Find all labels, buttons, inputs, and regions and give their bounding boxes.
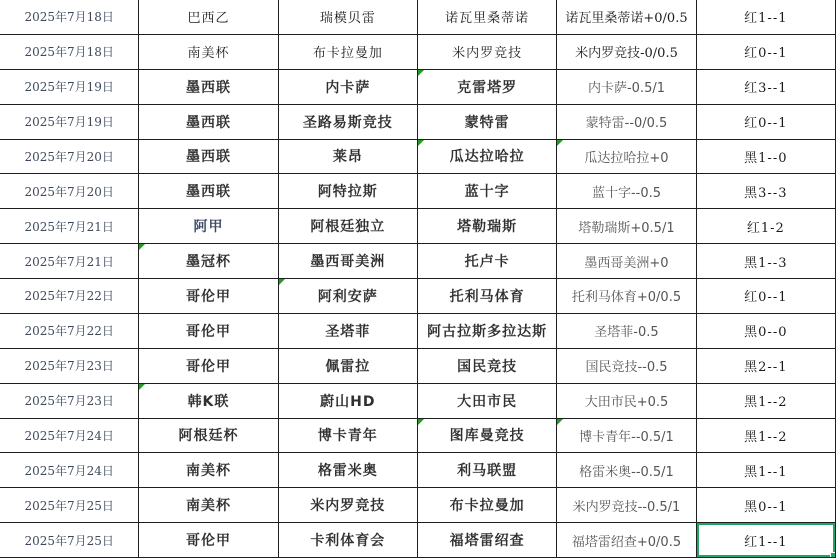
cell-result[interactable]: 红0--1: [697, 35, 836, 70]
cell-handicap[interactable]: 格雷米奥--0.5/1: [557, 453, 696, 488]
cell-home-team[interactable]: 米内罗竞技: [279, 488, 418, 523]
cell-away-team[interactable]: 瓜达拉哈拉: [418, 140, 557, 175]
cell-handicap[interactable]: 蓝十字--0.5: [557, 174, 696, 209]
cell-handicap[interactable]: 蒙特雷--0/0.5: [557, 105, 696, 140]
table-row: 2025年7月22日 哥伦甲 阿利安萨 托利马体育 托利马体育+0/0.5 红0…: [0, 279, 836, 314]
cell-result[interactable]: 红3--1: [697, 70, 836, 105]
error-indicator-icon: [418, 419, 424, 425]
cell-handicap[interactable]: 米内罗竞技--0.5/1: [557, 488, 696, 523]
fill-handle[interactable]: [830, 552, 836, 558]
cell-home-team[interactable]: 墨西哥美洲: [279, 244, 418, 279]
cell-handicap[interactable]: 托利马体育+0/0.5: [557, 279, 696, 314]
cell-result[interactable]: 黑0--0: [697, 314, 836, 349]
cell-league[interactable]: 阿根廷杯: [139, 419, 278, 454]
cell-away-team[interactable]: 图库曼竞技: [418, 419, 557, 454]
error-indicator-icon: [418, 70, 424, 76]
table-row: 2025年7月21日 墨冠杯 墨西哥美洲 托卢卡 墨西哥美洲+0 黑1--3: [0, 244, 836, 279]
table-row: 2025年7月18日 南美杯 布卡拉曼加 米内罗竞技 米内罗竞技-0/0.5 红…: [0, 35, 836, 70]
cell-date[interactable]: 2025年7月18日: [0, 35, 139, 70]
cell-home-team[interactable]: 蔚山HD: [279, 384, 418, 419]
cell-handicap[interactable]: 圣塔菲-0.5: [557, 314, 696, 349]
cell-home-team[interactable]: 格雷米奥: [279, 453, 418, 488]
table-row: 2025年7月24日 南美杯 格雷米奥 利马联盟 格雷米奥--0.5/1 黑1-…: [0, 453, 836, 488]
cell-handicap[interactable]: 米内罗竞技-0/0.5: [557, 35, 696, 70]
error-indicator-icon: [139, 384, 145, 390]
cell-handicap[interactable]: 诺瓦里桑蒂诺+0/0.5: [557, 0, 696, 35]
cell-result[interactable]: 黑1--3: [697, 244, 836, 279]
cell-date[interactable]: 2025年7月21日: [0, 209, 139, 244]
cell-home-team[interactable]: 阿利安萨: [279, 279, 418, 314]
cell-league[interactable]: 哥伦甲: [139, 523, 278, 558]
cell-away-team[interactable]: 诺瓦里桑蒂诺: [418, 0, 557, 35]
cell-handicap[interactable]: 墨西哥美洲+0: [557, 244, 696, 279]
cell-date[interactable]: 2025年7月19日: [0, 105, 139, 140]
error-indicator-icon: [418, 140, 424, 146]
table-row: 2025年7月21日 阿甲 阿根廷独立 塔勒瑞斯 塔勒瑞斯+0.5/1 红1-2: [0, 209, 836, 244]
cell-away-team[interactable]: 托利马体育: [418, 279, 557, 314]
cell-home-team[interactable]: 布卡拉曼加: [279, 35, 418, 70]
error-indicator-icon: [557, 140, 563, 146]
cell-date[interactable]: 2025年7月20日: [0, 140, 139, 175]
table-row: 2025年7月23日 韩K联 蔚山HD 大田市民 大田市民+0.5 黑1--2: [0, 384, 836, 419]
table-row: 2025年7月19日 墨西联 内卡萨 克雷塔罗 内卡萨-0.5/1 红3--1: [0, 70, 836, 105]
cell-league[interactable]: 墨西联: [139, 70, 278, 105]
table-row: 2025年7月20日 墨西联 莱昂 瓜达拉哈拉 瓜达拉哈拉+0 黑1--0: [0, 140, 836, 175]
cell-date[interactable]: 2025年7月23日: [0, 384, 139, 419]
cell-date[interactable]: 2025年7月22日: [0, 314, 139, 349]
cell-result[interactable]: 黑1--0: [697, 140, 836, 175]
cell-home-team[interactable]: 圣塔菲: [279, 314, 418, 349]
cell-handicap[interactable]: 塔勒瑞斯+0.5/1: [557, 209, 696, 244]
cell-home-team[interactable]: 瑞模贝雷: [279, 0, 418, 35]
cell-home-team[interactable]: 卡利体育会: [279, 523, 418, 558]
cell-handicap[interactable]: 国民竞技--0.5: [557, 349, 696, 384]
cell-date[interactable]: 2025年7月24日: [0, 419, 139, 454]
cell-league[interactable]: 哥伦甲: [139, 279, 278, 314]
cell-handicap[interactable]: 福塔雷绍查+0/0.5: [557, 523, 696, 558]
cell-league[interactable]: 墨西联: [139, 140, 278, 175]
cell-result[interactable]: 红0--1: [697, 279, 836, 314]
cell-home-team[interactable]: 博卡青年: [279, 419, 418, 454]
cell-date[interactable]: 2025年7月25日: [0, 488, 139, 523]
cell-date[interactable]: 2025年7月19日: [0, 70, 139, 105]
cell-league[interactable]: 墨冠杯: [139, 244, 278, 279]
table-row: 2025年7月23日 哥伦甲 佩雷拉 国民竞技 国民竞技--0.5 黑2--1: [0, 349, 836, 384]
cell-away-team[interactable]: 福塔雷绍查: [418, 523, 557, 558]
cell-away-team[interactable]: 米内罗竞技: [418, 35, 557, 70]
cell-league[interactable]: 阿甲: [139, 209, 278, 244]
table-row: 2025年7月25日 哥伦甲 卡利体育会 福塔雷绍查 福塔雷绍查+0/0.5 红…: [0, 523, 836, 558]
cell-away-team[interactable]: 利马联盟: [418, 453, 557, 488]
cell-league[interactable]: 南美杯: [139, 488, 278, 523]
cell-league[interactable]: 韩K联: [139, 384, 278, 419]
cell-home-team[interactable]: 阿根廷独立: [279, 209, 418, 244]
table-row: 2025年7月22日 哥伦甲 圣塔菲 阿古拉斯多拉达斯 圣塔菲-0.5 黑0--…: [0, 314, 836, 349]
error-indicator-icon: [139, 244, 145, 250]
error-indicator-icon: [557, 419, 563, 425]
cell-result[interactable]: 红1-2: [697, 209, 836, 244]
cell-home-team[interactable]: 佩雷拉: [279, 349, 418, 384]
cell-result[interactable]: 黑0--1: [697, 488, 836, 523]
cell-away-team[interactable]: 塔勒瑞斯: [418, 209, 557, 244]
cell-away-team[interactable]: 阿古拉斯多拉达斯: [418, 314, 557, 349]
cell-date[interactable]: 2025年7月18日: [0, 0, 139, 35]
error-indicator-icon: [279, 279, 285, 285]
table-row: 2025年7月19日 墨西联 圣路易斯竞技 蒙特雷 蒙特雷--0/0.5 红0-…: [0, 105, 836, 140]
cell-date[interactable]: 2025年7月23日: [0, 349, 139, 384]
cell-result[interactable]: 红1--1: [697, 0, 836, 35]
cell-date[interactable]: 2025年7月24日: [0, 453, 139, 488]
table-row: 2025年7月18日 巴西乙 瑞模贝雷 诺瓦里桑蒂诺 诺瓦里桑蒂诺+0/0.5 …: [0, 0, 836, 35]
cell-result[interactable]: 黑1--1: [697, 453, 836, 488]
cell-league[interactable]: 哥伦甲: [139, 349, 278, 384]
cell-date[interactable]: 2025年7月25日: [0, 523, 139, 558]
cell-result[interactable]: 黑3--3: [697, 174, 836, 209]
cell-away-team[interactable]: 蒙特雷: [418, 105, 557, 140]
cell-result-selected[interactable]: 红1--1: [697, 523, 836, 558]
cell-home-team[interactable]: 圣路易斯竞技: [279, 105, 418, 140]
cell-away-team[interactable]: 布卡拉曼加: [418, 488, 557, 523]
cell-handicap[interactable]: 博卡青年--0.5/1: [557, 419, 696, 454]
cell-league[interactable]: 南美杯: [139, 453, 278, 488]
cell-date[interactable]: 2025年7月22日: [0, 279, 139, 314]
cell-home-team[interactable]: 阿特拉斯: [279, 174, 418, 209]
cell-result[interactable]: 黑1--2: [697, 419, 836, 454]
cell-away-team[interactable]: 国民竞技: [418, 349, 557, 384]
cell-league[interactable]: 南美杯: [139, 35, 278, 70]
cell-result[interactable]: 黑2--1: [697, 349, 836, 384]
cell-handicap[interactable]: 瓜达拉哈拉+0: [557, 140, 696, 175]
cell-league[interactable]: 巴西乙: [139, 0, 278, 35]
spreadsheet-grid: 2025年7月18日 巴西乙 瑞模贝雷 诺瓦里桑蒂诺 诺瓦里桑蒂诺+0/0.5 …: [0, 0, 836, 558]
cell-date[interactable]: 2025年7月20日: [0, 174, 139, 209]
table-row: 2025年7月20日 墨西联 阿特拉斯 蓝十字 蓝十字--0.5 黑3--3: [0, 174, 836, 209]
cell-league[interactable]: 墨西联: [139, 174, 278, 209]
table-row: 2025年7月25日 南美杯 米内罗竞技 布卡拉曼加 米内罗竞技--0.5/1 …: [0, 488, 836, 523]
cell-league[interactable]: 墨西联: [139, 105, 278, 140]
cell-league[interactable]: 哥伦甲: [139, 314, 278, 349]
cell-away-team[interactable]: 托卢卡: [418, 244, 557, 279]
table-row: 2025年7月24日 阿根廷杯 博卡青年 图库曼竞技 博卡青年--0.5/1 黑…: [0, 419, 836, 454]
cell-away-team[interactable]: 大田市民: [418, 384, 557, 419]
cell-result[interactable]: 红0--1: [697, 105, 836, 140]
cell-handicap[interactable]: 大田市民+0.5: [557, 384, 696, 419]
cell-handicap[interactable]: 内卡萨-0.5/1: [557, 70, 696, 105]
cell-away-team[interactable]: 克雷塔罗: [418, 70, 557, 105]
cell-home-team[interactable]: 莱昂: [279, 140, 418, 175]
cell-result[interactable]: 黑1--2: [697, 384, 836, 419]
cell-away-team[interactable]: 蓝十字: [418, 174, 557, 209]
cell-date[interactable]: 2025年7月21日: [0, 244, 139, 279]
cell-home-team[interactable]: 内卡萨: [279, 70, 418, 105]
